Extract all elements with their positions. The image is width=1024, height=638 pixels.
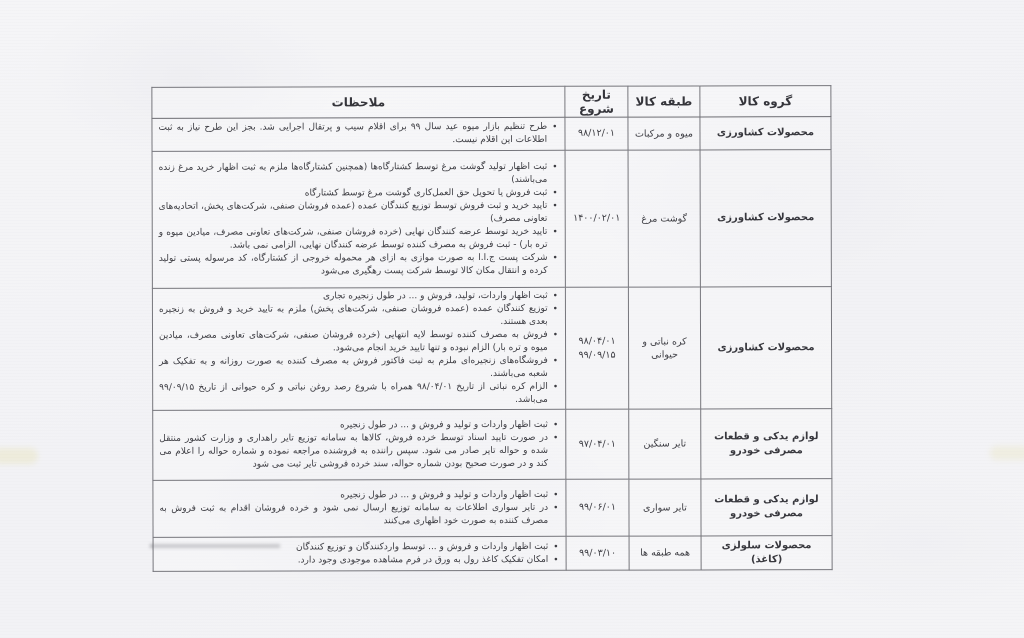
bullet-icon: •	[552, 200, 557, 213]
table-row: محصولات کشاورزی میوه و مرکبات ۹۸/۱۲/۰۱ •…	[152, 117, 831, 152]
scan-smudge-right	[990, 446, 1024, 460]
remarks-cell: •ثبت اظهار واردات، تولید، فروش و ... در …	[152, 287, 565, 410]
goods-group-cell: محصولات سلولزی (کاغذ)	[701, 536, 832, 570]
bullet-icon: •	[552, 121, 557, 134]
note-text: طرح تنظیم بازار میوه عید سال ۹۹ برای اقل…	[158, 121, 547, 148]
start-date-value: ۱۴۰۰/۰۲/۰۱	[568, 212, 626, 226]
goods-group-cell: لوازم یدکی و قطعات مصرفی خودرو	[701, 409, 832, 479]
header-remarks: ملاحظات	[152, 86, 565, 118]
start-date-value: ۹۸/۱۲/۰۱	[567, 127, 625, 141]
bullet-icon: •	[553, 303, 558, 316]
note-item: •ثبت فروش یا تحویل حق العمل‌کاری گوشت مر…	[159, 186, 558, 200]
start-date-value: ۹۷/۰۴/۰۱	[568, 437, 626, 451]
goods-group-cell: محصولات کشاورزی	[700, 287, 831, 409]
start-date-value: ۹۸/۰۴/۰۱	[568, 334, 626, 348]
note-text: الزام کره نباتی از تاریخ ۹۸/۰۴/۰۱ همراه …	[159, 381, 548, 408]
remarks-cell: •ثبت اظهار تولید گوشت مرغ توسط کشتارگاه‌…	[152, 150, 565, 288]
bullet-icon: •	[552, 187, 557, 200]
start-date-cell: ۹۹/۰۶/۰۱	[566, 479, 629, 536]
start-date-cell: ۹۸/۰۴/۰۱ ۹۹/۰۹/۱۵	[565, 287, 628, 409]
note-text: ثبت اظهار واردات و تولید و فروش و ... در…	[159, 418, 548, 432]
goods-class-cell: تایر سواری	[629, 479, 701, 536]
start-date-value: ۹۹/۰۹/۱۵	[568, 348, 626, 362]
note-item: •طرح تنظیم بازار میوه عید سال ۹۹ برای اق…	[158, 121, 557, 148]
note-item: •تایید خرید و ثبت فروش توسط توزیع کنندگا…	[159, 199, 558, 226]
goods-registration-table: گروه کالا طبقه کالا تاریخ شروع ملاحظات م…	[151, 85, 832, 572]
bullet-icon: •	[552, 161, 557, 174]
goods-registration-table-wrapper: گروه کالا طبقه کالا تاریخ شروع ملاحظات م…	[151, 85, 832, 572]
goods-class-cell: میوه و مرکبات	[628, 117, 700, 150]
bullet-icon: •	[553, 419, 558, 432]
bullet-icon: •	[552, 252, 557, 265]
bullet-icon: •	[552, 226, 557, 239]
note-text: در تایر سواری اطلاعات به سامانه توزیع ار…	[159, 501, 548, 528]
table-row: محصولات کشاورزی گوشت مرغ ۱۴۰۰/۰۲/۰۱ •ثبت…	[152, 150, 831, 289]
note-text: ثبت فروش یا تحویل حق العمل‌کاری گوشت مرغ…	[159, 186, 548, 200]
bullet-icon: •	[553, 355, 558, 368]
remarks-cell: •ثبت اظهار واردات و تولید و فروش و ... د…	[153, 409, 566, 480]
bullet-icon: •	[553, 541, 558, 554]
bullet-icon: •	[553, 432, 558, 445]
note-item: •امکان تفکیک کاغذ رول به ورق در فرم مشاه…	[160, 553, 559, 567]
scan-smudge-left	[0, 448, 38, 464]
note-item: •ثبت اظهار واردات و فروش و ... توسط وارد…	[160, 540, 559, 554]
remarks-cell: •طرح تنظیم بازار میوه عید سال ۹۹ برای اق…	[152, 117, 565, 151]
note-item: •ثبت اظهار تولید گوشت مرغ توسط کشتارگاه‌…	[159, 160, 558, 187]
table-header-row: گروه کالا طبقه کالا تاریخ شروع ملاحظات	[152, 86, 831, 119]
table-row: محصولات سلولزی (کاغذ) همه طبقه ها ۹۹/۰۳/…	[153, 536, 832, 572]
note-text: ثبت اظهار تولید گوشت مرغ توسط کشتارگاه‌ه…	[159, 160, 548, 187]
table-row: محصولات کشاورزی کره نباتی و حیوانی ۹۸/۰۴…	[152, 287, 831, 411]
note-text: فروشگاه‌های زنجیره‌ای ملزم به ثبت فاکتور…	[159, 355, 548, 382]
start-date-cell: ۹۸/۱۲/۰۱	[565, 117, 628, 150]
start-date-value: ۹۹/۰۳/۱۰	[569, 546, 627, 560]
note-text: ثبت اظهار واردات، تولید، فروش و ... در ط…	[159, 290, 548, 304]
goods-group-cell: محصولات کشاورزی	[700, 117, 831, 150]
start-date-cell: ۹۹/۰۳/۱۰	[566, 536, 629, 570]
scanned-document-page: گروه کالا طبقه کالا تاریخ شروع ملاحظات م…	[0, 0, 1024, 638]
start-date-value: ۹۹/۰۶/۰۱	[568, 501, 626, 515]
note-text: توزیع کنندگان عمده (عمده فروشان صنفی، شر…	[159, 303, 548, 330]
note-item: •ثبت اظهار واردات، تولید، فروش و ... در …	[159, 290, 558, 304]
start-date-cell: ۱۴۰۰/۰۲/۰۱	[565, 150, 628, 287]
bullet-icon: •	[553, 489, 558, 502]
note-text: در صورت تایید اسناد توسط خرده فروش، کالا…	[159, 431, 548, 471]
goods-class-cell: کره نباتی و حیوانی	[628, 287, 700, 409]
goods-class-cell: گوشت مرغ	[628, 150, 700, 287]
note-item: •الزام کره نباتی از تاریخ ۹۸/۰۴/۰۱ همراه…	[159, 381, 558, 408]
note-item: •در تایر سواری اطلاعات به سامانه توزیع ا…	[159, 501, 558, 528]
goods-class-cell: همه طبقه ها	[629, 536, 701, 570]
note-item: •شرکت پست ج.ا.ا به صورت موازی به ازای هر…	[159, 251, 558, 278]
note-item: •ثبت اظهار واردات و تولید و فروش و ... د…	[159, 418, 558, 432]
table-row: لوازم یدکی و قطعات مصرفی خودرو تایر سوار…	[153, 479, 832, 538]
note-text: شرکت پست ج.ا.ا به صورت موازی به ازای هر …	[159, 251, 548, 278]
bullet-icon: •	[553, 554, 558, 567]
remarks-cell: •ثبت اظهار واردات و تولید و فروش و ... د…	[153, 479, 566, 537]
note-item: •فروش به مصرف کننده توسط لایه انتهایی (خ…	[159, 329, 558, 356]
note-item: •ثبت اظهار واردات و تولید و فروش و ... د…	[159, 488, 558, 502]
note-item: •فروشگاه‌های زنجیره‌ای ملزم به ثبت فاکتو…	[159, 355, 558, 382]
bullet-icon: •	[553, 502, 558, 515]
note-text: تایید خرید و ثبت فروش توسط توزیع کنندگان…	[159, 199, 548, 226]
header-start-date: تاریخ شروع	[565, 86, 628, 117]
note-text: ثبت اظهار واردات و تولید و فروش و ... در…	[159, 488, 548, 502]
bullet-icon: •	[553, 381, 558, 394]
note-text: امکان تفکیک کاغذ رول به ورق در فرم مشاهد…	[160, 553, 549, 567]
goods-group-cell: لوازم یدکی و قطعات مصرفی خودرو	[701, 479, 832, 536]
goods-group-cell: محصولات کشاورزی	[700, 150, 831, 287]
note-text: ثبت اظهار واردات و فروش و ... توسط واردک…	[160, 540, 549, 554]
table-row: لوازم یدکی و قطعات مصرفی خودرو تایر سنگی…	[153, 409, 832, 481]
note-text: تایید خرید توسط عرضه کنندگان نهایی (خرده…	[159, 225, 548, 252]
note-item: •تایید خرید توسط عرضه کنندگان نهایی (خرد…	[159, 225, 558, 252]
note-item: •در صورت تایید اسناد توسط خرده فروش، کال…	[159, 431, 558, 471]
note-text: فروش به مصرف کننده توسط لایه انتهایی (خر…	[159, 329, 548, 356]
header-goods-class: طبقه کالا	[628, 86, 700, 117]
start-date-cell: ۹۷/۰۴/۰۱	[566, 409, 629, 479]
remarks-cell: •ثبت اظهار واردات و فروش و ... توسط وارد…	[153, 536, 566, 571]
note-item: •توزیع کنندگان عمده (عمده فروشان صنفی، ش…	[159, 303, 558, 330]
header-goods-group: گروه کالا	[700, 86, 831, 117]
bullet-icon: •	[553, 329, 558, 342]
bullet-icon: •	[553, 290, 558, 303]
goods-class-cell: تایر سنگین	[629, 409, 701, 479]
